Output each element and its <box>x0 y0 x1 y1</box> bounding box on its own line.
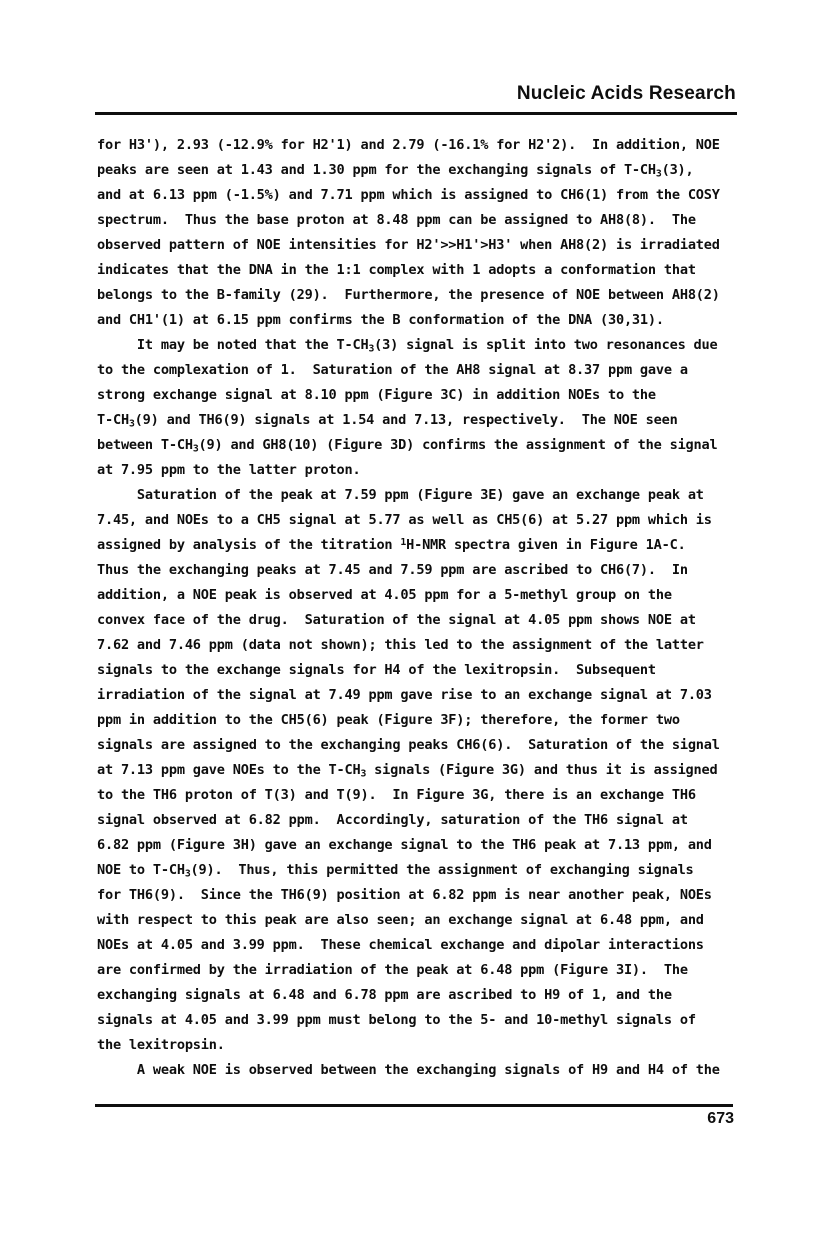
text-line: with respect to this peak are also seen;… <box>97 908 757 933</box>
text-line: observed pattern of NOE intensities for … <box>97 233 757 258</box>
text-line: between T-CH3(9) and GH8(10) (Figure 3D)… <box>97 433 757 458</box>
text-line: NOEs at 4.05 and 3.99 ppm. These chemica… <box>97 933 757 958</box>
text-line: irradiation of the signal at 7.49 ppm ga… <box>97 683 757 708</box>
journal-title: Nucleic Acids Research <box>0 83 736 105</box>
text-line: at 7.13 ppm gave NOEs to the T-CH3 signa… <box>97 758 757 783</box>
text-line: signal observed at 6.82 ppm. Accordingly… <box>97 808 757 833</box>
text-line: 7.45, and NOEs to a CH5 signal at 5.77 a… <box>97 508 757 533</box>
text-line: indicates that the DNA in the 1:1 comple… <box>97 258 757 283</box>
text-line: assigned by analysis of the titration 1H… <box>97 533 757 558</box>
text-line: peaks are seen at 1.43 and 1.30 ppm for … <box>97 158 757 183</box>
text-line: to the TH6 proton of T(3) and T(9). In F… <box>97 783 757 808</box>
page-number: 673 <box>0 1110 734 1128</box>
text-line: ppm in addition to the CH5(6) peak (Figu… <box>97 708 757 733</box>
scanned-paper-page: Nucleic Acids Research for H3'), 2.93 (-… <box>0 0 816 1233</box>
text-line: It may be noted that the T-CH3(3) signal… <box>97 333 757 358</box>
text-line: the lexitropsin. <box>97 1033 757 1058</box>
text-line: signals at 4.05 and 3.99 ppm must belong… <box>97 1008 757 1033</box>
text-line: Saturation of the peak at 7.59 ppm (Figu… <box>97 483 757 508</box>
text-line: 6.82 ppm (Figure 3H) gave an exchange si… <box>97 833 757 858</box>
text-line: belongs to the B-family (29). Furthermor… <box>97 283 757 308</box>
text-line: strong exchange signal at 8.10 ppm (Figu… <box>97 383 757 408</box>
text-line: spectrum. Thus the base proton at 8.48 p… <box>97 208 757 233</box>
text-line: NOE to T-CH3(9). Thus, this permitted th… <box>97 858 757 883</box>
text-line: are confirmed by the irradiation of the … <box>97 958 757 983</box>
footer-rule <box>95 1104 733 1107</box>
text-line: to the complexation of 1. Saturation of … <box>97 358 757 383</box>
text-line: addition, a NOE peak is observed at 4.05… <box>97 583 757 608</box>
text-line: A weak NOE is observed between the excha… <box>97 1058 757 1083</box>
header-rule <box>95 112 737 115</box>
text-line: signals are assigned to the exchanging p… <box>97 733 757 758</box>
text-line: for H3'), 2.93 (-12.9% for H2'1) and 2.7… <box>97 133 757 158</box>
text-line: 7.62 and 7.46 ppm (data not shown); this… <box>97 633 757 658</box>
text-line: at 7.95 ppm to the latter proton. <box>97 458 757 483</box>
text-line: signals to the exchange signals for H4 o… <box>97 658 757 683</box>
text-line: and CH1'(1) at 6.15 ppm confirms the B c… <box>97 308 757 333</box>
text-line: and at 6.13 ppm (-1.5%) and 7.71 ppm whi… <box>97 183 757 208</box>
text-line: convex face of the drug. Saturation of t… <box>97 608 757 633</box>
text-line: exchanging signals at 6.48 and 6.78 ppm … <box>97 983 757 1008</box>
text-line: Thus the exchanging peaks at 7.45 and 7.… <box>97 558 757 583</box>
page-body-text: for H3'), 2.93 (-12.9% for H2'1) and 2.7… <box>97 133 757 1083</box>
text-line: T-CH3(9) and TH6(9) signals at 1.54 and … <box>97 408 757 433</box>
text-line: for TH6(9). Since the TH6(9) position at… <box>97 883 757 908</box>
